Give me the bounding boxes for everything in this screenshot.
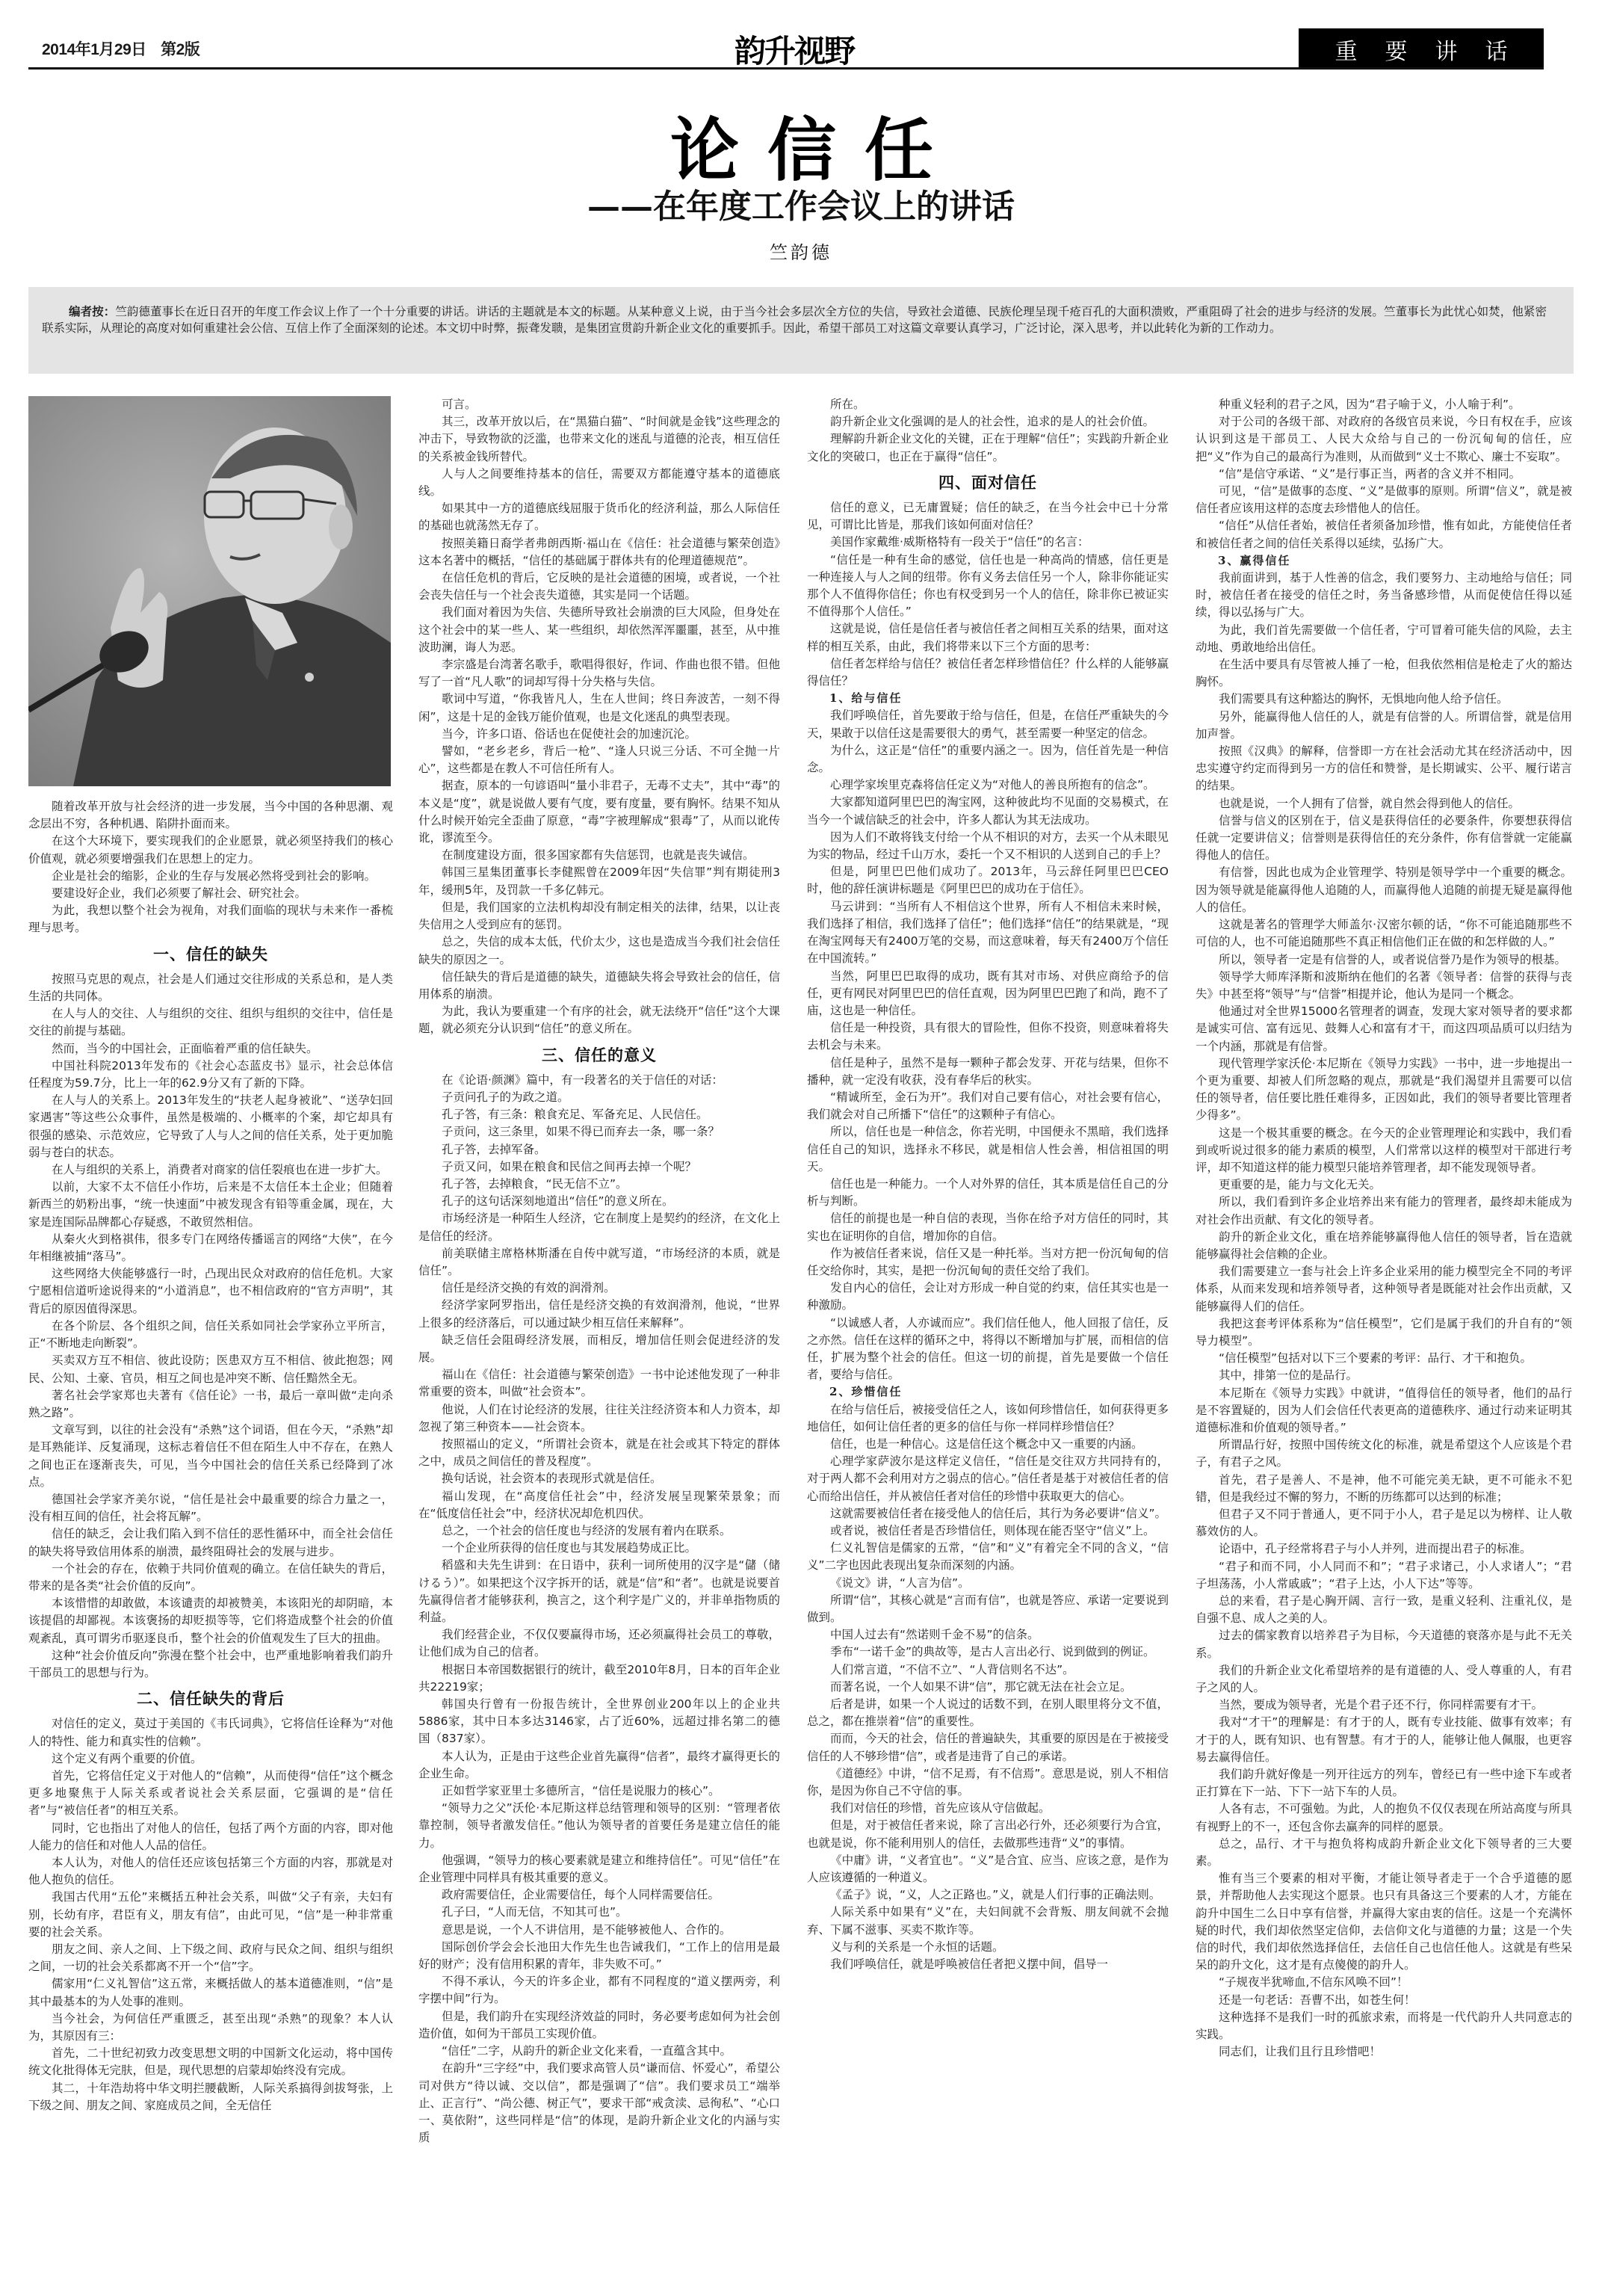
paragraph: 我们呼唤信任，就是呼唤被信任者把义摆中间，倡导一 — [807, 1956, 1169, 1973]
paragraph: 季布“一诺千金”的典故等，是古人言出必行、说到做到的例证。 — [807, 1644, 1169, 1661]
paragraph: 本该惜惜的却敢做，本该谴责的却被赞美，本该阳光的却阴暗，本该提倡的却鄙视。本该褒… — [28, 1595, 393, 1647]
paragraph: 孔子的这句话深刻地道出“信任”的意义所在。 — [418, 1193, 780, 1210]
paragraph: 还是一句老话：吾曹不出，如苍生何！ — [1196, 1992, 1572, 2009]
paragraph: 为此，我们首先需要做一个信任者，宁可冒着可能失信的风险，去主动地、勇敢地给出信任… — [1196, 622, 1572, 656]
paragraph: 或者说，被信任者是否珍惜信任，则体现在能否坚守“信义”上。 — [807, 1522, 1169, 1540]
subsection-heading: 3、赢得信任 — [1196, 552, 1572, 570]
section-tag-char: 讲 — [1435, 33, 1458, 66]
paragraph: 不得不承认，今天的许多企业，都有不同程度的“道义摆两旁，利字摆中间”行为。 — [418, 1973, 780, 2008]
paragraph: 李宗盛是台湾著名歌手，歌唱得很好，作词、作曲也很不错。但他写了一首“凡人歌”的词… — [418, 656, 780, 691]
paragraph: 我把这套考评体系称为“信任模型”，它们是属于我们的升自有的“领导力模型”。 — [1196, 1315, 1572, 1350]
paragraph: 人际关系中如果有“义”在，夫妇间就不会背叛、朋友间就不会抛弃、下属不滋事、买卖不… — [807, 1904, 1169, 1938]
paragraph: 心理学家埃里克森将信任定义为“对他人的善良所抱有的信念”。 — [807, 777, 1169, 794]
paragraph: 前美联储主席格林斯潘在自传中就写道，“市场经济的本质，就是信任”。 — [418, 1245, 780, 1280]
paragraph: 信任是种子，虽然不是每一颗种子都会发芽、开花与结果，但你不播种，就一定没有收获，… — [807, 1055, 1169, 1089]
paragraph: 本人认为，正是由于这些企业首先赢得“信者”，最终才赢得更长的企业生命。 — [418, 1748, 780, 1783]
paragraph: 种重义轻利的君子之风，因为“君子喻于义，小人喻于利”。 — [1196, 396, 1572, 413]
paragraph: 所在。 — [807, 396, 1169, 413]
paragraph: 但君子又不同于普通人，更不同于小人，君子是足以为榜样、让人敬慕效仿的人。 — [1196, 1506, 1572, 1540]
paragraph: 据查，原本的一句谚语叫“量小非君子，无毒不丈夫”，其中“毒”的本义是“度”，就是… — [418, 777, 780, 847]
paragraph: 根据日本帝国数据银行的统计，截至2010年8月，日本的百年企业共22219家； — [418, 1661, 780, 1696]
article-column-2: 可言。其三，改革开放以后，在“黑猫白猫”、“时间就是金钱”这些理念的冲击下，导致… — [418, 396, 780, 2286]
paragraph: 在生活中要具有尽管被人捶了一枪，但我依然相信是枪走了火的豁达胸怀。 — [1196, 656, 1572, 691]
paragraph: 在信任危机的背后，它反映的是社会道德的困境，或者说，一个社会丧失信任与一个社会丧… — [418, 570, 780, 604]
paragraph: 朋友之间、亲人之间、上下级之间、政府与民众之间、组织与组织之间，一切的社会关系都… — [28, 1941, 393, 1975]
subsection-heading: 1、给与信任 — [807, 690, 1169, 707]
paragraph: 这些网络大侠能够盛行一时，凸现出民众对政府的信任危机。大家宁愿相信道听途说得来的… — [28, 1265, 393, 1318]
article-column-3: 所在。韵升新企业文化强调的是人的社会性，追求的是人的社会价值。理解韵升新企业文化… — [807, 396, 1169, 2286]
paragraph: 然而，当今的中国社会，正面临着严重的信任缺失。 — [28, 1040, 393, 1058]
paragraph: 经济学家阿罗指出，信任是经济交换的有效润滑剂，他说，“世界上很多的经济落后，可以… — [418, 1297, 780, 1331]
paragraph: 当然，要成为领导者，光是个君子还不行，你同样需要有才干。 — [1196, 1697, 1572, 1714]
paragraph: 子贡问，这三条里，如果不得已而弃去一条，哪一条？ — [418, 1123, 780, 1141]
section-tag-char: 要 — [1385, 33, 1408, 66]
paragraph: 可言。 — [418, 396, 780, 413]
newspaper-name: 韵升视野 — [734, 27, 854, 72]
paragraph: 后者是讲，如果一个人说过的话数不到，在别人眼里将分文不值，总之，都在推崇着“信”… — [807, 1696, 1169, 1730]
paragraph: 福山发现，在“高度信任社会”中，经济发展呈现繁荣景象；而在“低度信任社会”中，经… — [418, 1488, 780, 1522]
paragraph: 领导学大师库泽斯和波斯纳在他们的名著《领导者：信誉的获得与丧失》中甚至将“领导”… — [1196, 969, 1572, 1003]
paragraph: 而而，今天的社会，信任的普遍缺失，其重要的原因是在于被接受信任的人不够珍惜“信”… — [807, 1730, 1169, 1765]
paragraph: 更重要的是，能力与文化无关。 — [1196, 1176, 1572, 1194]
paragraph: 我们需要具有这种豁达的胸怀，无惧地向他人给予信任。 — [1196, 691, 1572, 708]
paragraph: “君子和而不同，小人同而不和”；“君子求诸己，小人求诸人”；“君子坦荡荡，小人常… — [1196, 1558, 1572, 1593]
paragraph: 孔子答，有三条：粮食充足、军备充足、人民信任。 — [418, 1106, 780, 1123]
paragraph: 美国作家戴维·威斯格特有一段关于“信任”的名言： — [807, 534, 1169, 551]
paragraph: 当今社会，为何信任严重匮乏，甚至出现“杀熟”的现象？本人认为，其原因有三： — [28, 2010, 393, 2045]
paragraph: 韵升新企业文化强调的是人的社会性，追求的是人的社会价值。 — [807, 413, 1169, 430]
paragraph: 买卖双方互不相信、彼此设防；医患双方互不相信、彼此抱怨；网民、公知、土豪、官员，… — [28, 1352, 393, 1386]
paragraph: 所谓品行好，按照中国传统文化的标准，就是希望这个人应该是个君子，有君子之风。 — [1196, 1436, 1572, 1471]
paragraph: 仁义礼智信是儒家的五常，“信”和“义”有着完全不同的含义，“信义”二字也因此表现… — [807, 1540, 1169, 1574]
paragraph: 论语中，孔子经常将君子与小人并列，进而提出君子的标准。 — [1196, 1540, 1572, 1558]
paragraph: 信誉与信义的区别在于，信义是获得信任的必要条件，你要想获得信任就一定要讲信义；信… — [1196, 812, 1572, 865]
article-column-1: 随着改革开放与社会经济的进一步发展，当今中国的各种思潮、观念层出不穷，各种机遇、… — [28, 798, 393, 2286]
paragraph: 义与利的关系是一个永恒的话题。 — [807, 1939, 1169, 1956]
paragraph: 所以，领导者一定是有信誉的人，或者说信誉乃是作为领导的根基。 — [1196, 951, 1572, 969]
section-heading: 四、面对信任 — [807, 475, 1169, 492]
editor-note-text: 竺韵德董事长在近日召开的年度工作会议上作了一个十分重要的讲话。讲话的主题就是本文… — [42, 305, 1547, 335]
section-heading: 二、信任缺失的背后 — [28, 1691, 393, 1708]
paragraph: 《孟子》说，“义，人之正路也。”义，就是人们行事的正确法则。 — [807, 1886, 1169, 1904]
paragraph: 福山在《信任：社会道德与繁荣创造》一书中论述他发现了一种非常重要的资本，叫做“社… — [418, 1366, 780, 1401]
paragraph: 市场经济是一种陌生人经济，它在制度上是契约的经济，在文化上是信任的经济。 — [418, 1210, 780, 1244]
speaker-photo — [28, 396, 391, 786]
paragraph: 有信誉，因此也成为企业管理学、特别是领导学中一个重要的概念。因为领导就是能赢得他… — [1196, 864, 1572, 916]
article-subtitle: ——在年度工作会议上的讲话 — [0, 179, 1602, 227]
editor-note: 编者按：竺韵德董事长在近日召开的年度工作会议上作了一个十分重要的讲话。讲话的主题… — [28, 287, 1574, 374]
paragraph: 国际创价学会会长池田大作先生也告诫我们，“工作上的信用是最好的财产；没有信用积累… — [418, 1939, 780, 1973]
paragraph: 子贡问孔子的为政之道。 — [418, 1089, 780, 1106]
paragraph: 他说，人们在讨论经济的发展，往往关注经济资本和人力资本，却忽视了第三种资本——社… — [418, 1401, 780, 1436]
paragraph: 其三，改革开放以后，在“黑猫白猫”、“时间就是金钱”这些理念的冲击下，导致物欲的… — [418, 413, 780, 466]
paragraph: 本人认为，对他人的信任还应该包括第三个方面的内容，那就是对他人抱负的信任。 — [28, 1854, 393, 1889]
paragraph: 其中，排第一位的是品行。 — [1196, 1367, 1572, 1384]
paragraph: 总之，失信的成本太低，代价太少，这也是造成当今我们社会信任缺失的原因之一。 — [418, 933, 780, 968]
paragraph: “信”是信守承诺、“义”是行事正当，两者的含义并不相同。 — [1196, 466, 1572, 483]
paragraph: 意思是说，一个人不讲信用，是不能够被他人、合作的。 — [418, 1922, 780, 1939]
paragraph: 我们对信任的珍惜，首先应该从守信做起。 — [807, 1800, 1169, 1817]
paragraph: 孔子曰，“人而无信，不知其可也”。 — [418, 1904, 780, 1921]
paragraph: 其二，十年浩劫将中华文明拦腰截断，人际关系搞得剑拔弩张，上下级之间、朋友之间、家… — [28, 2080, 393, 2114]
paragraph: 大家都知道阿里巴巴的淘宝网，这种彼此均不见面的交易模式，在当今一个诚信缺乏的社会… — [807, 794, 1169, 828]
paragraph: 总之，品行、才干与抱负将构成韵升新企业文化下领导者的三大要素。 — [1196, 1836, 1572, 1870]
paragraph: “以诚感人者，人亦诚而应”。我们信任他人，他人回报了信任，反之亦然。信任在这样的… — [807, 1315, 1169, 1384]
paragraph: “信任模型”包括对以下三个要素的考评：品行、才干和抱负。 — [1196, 1350, 1572, 1367]
paragraph: 当然，阿里巴巴取得的成功，既有其对市场、对供应商给予的信任，更有网民对阿里巴巴的… — [807, 968, 1169, 1020]
paragraph: “领导力之父”沃伦·本尼斯这样总结管理和领导的区别：“管理者依靠控制，领导者激发… — [418, 1800, 780, 1852]
paragraph: 所以，信任也是一种信念，你若光明，中国便永不黑暗，我们选择信任自己的知识，选择永… — [807, 1123, 1169, 1176]
paragraph: 人与人之间要维持基本的信任，需要双方都能遵守基本的道德底线。 — [418, 466, 780, 500]
paragraph: 在《论语·颜渊》篇中，有一段著名的关于信任的对话： — [418, 1072, 780, 1089]
paragraph: 现代管理学家沃伦·本尼斯在《领导力实践》一书中，进一步地提出一个更为重要、却被人… — [1196, 1055, 1572, 1125]
paragraph: 要建设好企业，我们必须要了解社会、研究社会。 — [28, 885, 393, 902]
paragraph: 一个企业所获得的信任度也与其发展趋势成正比。 — [418, 1540, 780, 1557]
paragraph: 在这个大环境下，要实现我们的企业愿景，就必须坚持我们的核心价值观，就必须要增强我… — [28, 833, 393, 867]
paragraph: 但是，对于被信任者来说，除了言出必行外，还必须要行为合宜，也就是说，你不能利用别… — [807, 1817, 1169, 1851]
paragraph: 文章写到，以往的社会没有“杀熟”这个词语，但在今天，“杀熟”却是耳熟能详、反复涌… — [28, 1422, 393, 1491]
paragraph: 稻盛和夫先生讲到：在日语中，获利一词所使用的汉字是“儲（储けるう）”。如果把这个… — [418, 1557, 780, 1626]
paragraph: 同时，它也指出了对他人的信任，包括了两个方面的内容，即对他人能力的信任和对他人人… — [28, 1820, 393, 1854]
paragraph: 首先，君子是善人、不是神，他不可能完美无缺，更不可能永不犯错，但是我经过不懈的努… — [1196, 1472, 1572, 1506]
paragraph: 为什么，这正是“信任”的重要内涵之一。因为，信任首先是一种信念。 — [807, 742, 1169, 777]
paragraph: 因为人们不敢将钱支付给一个从不相识的对方，去买一个从未眼见为实的物品，经过千山万… — [807, 829, 1169, 863]
paragraph: 可见，“信”是做事的态度、“义”是做事的原则。所谓“信义”，就是被信任者应该用这… — [1196, 483, 1572, 517]
paragraph: 所以，我们看到许多企业培养出来有能力的管理者，最终却未能成为对社会作出贡献、有文… — [1196, 1194, 1572, 1228]
paragraph: 我前面讲到，基于人性善的信念，我们要努力、主动地给与信任；同时，被信任者在接受的… — [1196, 570, 1572, 622]
paragraph: 信任的缺乏，会让我们陷入到不信任的恶性循环中，而全社会信任的缺失将导致信用体系的… — [28, 1525, 393, 1560]
paragraph: 本尼斯在《领导力实践》中就讲，“值得信任的领导者，他们的品行是不容置疑的，因为人… — [1196, 1385, 1572, 1437]
masthead: 2014年1月29日 第2版 韵升视野 重 要 讲 话 — [28, 0, 1574, 70]
paragraph: 首先，它将信任定义于对他人的“信赖”，从而使得“信任”这个概念更多地聚焦于人际关… — [28, 1768, 393, 1820]
paragraph: 惟有当三个要素的相对平衡，才能让领导者走于一个合乎道德的愿景，并帮助他人去实现这… — [1196, 1870, 1572, 1974]
paragraph: 孔子答，去掉军备。 — [418, 1141, 780, 1158]
paragraph: 但是，我们国家的立法机构却没有制定相关的法律，结果，以让丧失信用之人受到应有的惩… — [418, 899, 780, 933]
paragraph: 也就是说，一个人拥有了信誉，就自然会得到他人的信任。 — [1196, 795, 1572, 812]
paragraph: 著名社会学家郑也夫著有《信任论》一书，最后一章叫做“走向杀熟之路”。 — [28, 1387, 393, 1422]
paragraph: 所谓“信”，其核心就是“言而有信”，也就是答应、承诺一定要说到做到。 — [807, 1592, 1169, 1626]
paragraph: 按照美籍日裔学者弗朗西斯·福山在《信任：社会道德与繁荣创造》这本名著中的概括，“… — [418, 535, 780, 570]
paragraph: 信任缺失的背后是道德的缺失，道德缺失将会导致社会的信任，信用体系的崩溃。 — [418, 969, 780, 1003]
paragraph: 这是一个极其重要的概念。在今天的企业管理理论和实践中，我们看到或听说过很多的能力… — [1196, 1125, 1572, 1177]
paragraph: 这就是说，信任是信任者与被信任者之间相互关系的结果，面对这样的相互关系，由此，我… — [807, 620, 1169, 655]
paragraph: 对信任的定义，莫过于美国的《韦氏词典》，它将信任诠释为“对他人的特性、能力和真实… — [28, 1715, 393, 1750]
paragraph: 我们的升新企业文化希望培养的是有道德的人、受人尊重的人，有君子之风的人。 — [1196, 1662, 1572, 1697]
article-author: 竺韵德 — [0, 238, 1602, 264]
page-number: 第2版 — [161, 41, 200, 58]
paragraph: 同志们，让我们且行且珍惜吧！ — [1196, 2043, 1572, 2061]
editor-note-label: 编者按： — [69, 304, 115, 318]
paragraph: 总的来看，君子是心胸开阔、言行一致，是重义轻利、注重礼仪，是自强不息、成人之美的… — [1196, 1593, 1572, 1627]
paragraph: 德国社会学家齐美尔说，“信任是社会中最重要的综合力量之一，没有相互间的信任，社会… — [28, 1491, 393, 1525]
paragraph: 信任，也是一种信心。这是信任这个概念中又一重要的内涵。 — [807, 1436, 1169, 1453]
paragraph: 马云讲到：“当所有人不相信这个世界，所有人不相信未来时候，我们选择了相信，我们选… — [807, 898, 1169, 968]
paragraph: 心理学家萨波尔是这样定义信任，“信任是交往双方共同持有的，对于两人都不会利用对方… — [807, 1453, 1169, 1505]
paragraph: 按照福山的定义，“所谓社会资本，就是在社会或其下特定的群体之中，成员之间信任的普… — [418, 1436, 780, 1470]
paragraph: 按照马克思的观点，社会是人们通过交往形成的关系总和，是人类生活的共同体。 — [28, 971, 393, 1005]
paragraph: 信任的前提也是一种自信的表现，当你在给予对方信任的同时，其实也在证明你的自信，增… — [807, 1210, 1169, 1244]
paragraph: 在各个阶层、各个组织之间，信任关系如同社会学家孙立平所言，正“不断地走向断裂”。 — [28, 1318, 393, 1352]
paragraph: 如果其中一方的道德底线屈服于货币化的经济利益，那么人际信任的基础也就荡然无存了。 — [418, 500, 780, 534]
paragraph: 在人与人的交往、人与组织的交往、组织与组织的交往中，信任是交往的前提与基础。 — [28, 1005, 393, 1040]
paragraph: 我对“才干”的理解是：有才于的人，既有专业技能、做事有效率；有才于的人，既有知识… — [1196, 1714, 1572, 1766]
paragraph: 我们面对着因为失信、失德所导致社会崩溃的巨大风险，但身处在这个社会中的某一些人、… — [418, 604, 780, 656]
paragraph: 按照《汉典》的解释，信誉即一方在社会活动尤其在经济活动中，因忠实遵守约定而得到另… — [1196, 743, 1572, 795]
paragraph: 信任的意义，已无庸置疑；信任的缺乏，在当今社会中已十分常见，可谓比比皆是，那我们… — [807, 499, 1169, 534]
paragraph: 为此，我想以整个社会为视角，对我们面临的现状与未来作一番梳理与思考。 — [28, 902, 393, 936]
paragraph: 一个社会的存在，依赖于共同价值观的确立。在信任缺失的背后，带来的是各类“社会价值… — [28, 1561, 393, 1595]
section-tag-char: 重 — [1335, 33, 1358, 66]
paragraph: 这就是著名的管理学大师盖尔·汉密尔顿的话，“你不可能追随那些不可信的人，也不可能… — [1196, 916, 1572, 951]
paragraph: 过去的儒家教育以培养君子为目标，今天道德的衰落亦是与此不无关系。 — [1196, 1627, 1572, 1661]
paragraph: 韩国三星集团董事长李健熙曾在2009年因“失信罪”判有期徒刑3年，缓刑5年，及罚… — [418, 864, 780, 898]
paragraph: 《道德经》中讲，“信不足焉，有不信焉”。意思是说，别人不相信你，是因为你自己不守… — [807, 1765, 1169, 1800]
paragraph: “信任”二字，从韵升的新企业文化来看，一直蕴含其中。 — [418, 2043, 780, 2060]
section-tag-char: 话 — [1485, 33, 1508, 66]
paragraph: 这种“社会价值反向”弥漫在整个社会中，也严重地影响着我们韵升干部员工的思想与行为… — [28, 1647, 393, 1682]
paragraph: 韵升的新企业文化，重在培养能够赢得他人信任的领导者，旨在造就能够赢得社会信赖的企… — [1196, 1229, 1572, 1263]
paragraph: 我们韵升就好像是一列开往远方的列车，曾经已有一些中途下车或者正打算在下一站、下下… — [1196, 1766, 1572, 1800]
speaker-portrait-illustration — [28, 396, 391, 786]
paragraph: 理解韵升新企业文化的关键，正在于理解“信任”；实践韵升新企业文化的突破口，也正在… — [807, 430, 1169, 465]
paragraph: 缺乏信任会阻碍经济发展，而相反，增加信任则会促进经济的发展。 — [418, 1332, 780, 1366]
masthead-rule — [28, 67, 1544, 70]
paragraph: 譬如，“老乡老乡，背后一枪”、“逢人只说三分话、不可全抛一片心”，这些都是在教人… — [418, 743, 780, 777]
issue-date: 2014年1月29日 — [42, 41, 146, 58]
paragraph: 信任是经济交换的有效的润滑剂。 — [418, 1280, 780, 1297]
section-heading: 三、信任的意义 — [418, 1047, 780, 1064]
paragraph: 中国人过去有“然诺则千金不易”的信条。 — [807, 1626, 1169, 1644]
paragraph: 韩国央行曾有一份报告统计，全世界创业200年以上的企业共5886家，其中日本多达… — [418, 1696, 780, 1748]
paragraph: “子规夜半犹啼血,不信东风唤不回”！ — [1196, 1974, 1572, 1991]
paragraph: 政府需要信任，企业需要信任，每个人同样需要信任。 — [418, 1886, 780, 1904]
paragraph: 中国社科院2013年发布的《社会心态蓝皮书》显示，社会总体信任程度为59.7分，… — [28, 1058, 393, 1092]
paragraph: 在韵升“三字经”中，我们要求高管人员“谦而信、怀爱心”，希望公司对供方“待以诚、… — [418, 2060, 780, 2147]
section-tag: 重 要 讲 话 — [1299, 28, 1544, 70]
paragraph: 但是，阿里巴巴他们成功了。2013年，马云辞任阿里巴巴CEO时，他的辞任演讲标题… — [807, 863, 1169, 898]
paragraph: 信任者怎样给与信任？被信任者怎样珍惜信任？什么样的人能够赢得信任？ — [807, 655, 1169, 690]
paragraph: “信任是一种有生命的感觉，信任也是一种高尚的情感，信任更是一种连接人与人之间的纽… — [807, 552, 1169, 621]
paragraph: 对于公司的各级干部、对政府的各级官员来说，今日有权在手，应该认识到这是干部员工、… — [1196, 413, 1572, 466]
paragraph: 以前，大家不太不信任小作坊，后来是不太信任本土企业；但随着新西兰的奶粉出事，“统… — [28, 1179, 393, 1231]
paragraph: 为此，我认为要重建一个有序的社会，就无法绕开“信任”这个大课题，就必须充分认识到… — [418, 1003, 780, 1037]
paragraph: 从秦火火到格祺伟，很多专门在网络传播谣言的网络“大侠”，在今年相继被捕“落马”。 — [28, 1231, 393, 1265]
paragraph: 《说文》讲，“人言为信”。 — [807, 1575, 1169, 1592]
paragraph: 他通过对全世界15000名管理者的调查，发现大家对领导者的要求都是诚实可信、富有… — [1196, 1003, 1572, 1055]
paragraph: 在制度建设方面，很多国家都有失信惩罚，也就是丧失诚信。 — [418, 847, 780, 864]
paragraph: 信任也是一种能力。一个人对外界的信任，其本质是信任自己的分析与判断。 — [807, 1176, 1169, 1210]
paragraph: 他强调，“领导力的核心要素就是建立和维持信任”。可见“信任”在企业管理中同样具有… — [418, 1852, 780, 1886]
paragraph: 企业是社会的缩影，企业的生存与发展必然将受到社会的影响。 — [28, 868, 393, 885]
paragraph: 这种选择不是我们一时的孤旅求索，而将是一代代韵升人共同意志的实践。 — [1196, 2009, 1572, 2043]
paragraph: 正如哲学家亚里士多德所言，“信任是说服力的核心”。 — [418, 1783, 780, 1800]
paragraph: 随着改革开放与社会经济的进一步发展，当今中国的各种思潮、观念层出不穷，各种机遇、… — [28, 798, 393, 833]
paragraph: 发自内心的信任，会让对方形成一种自觉的约束，信任其实也是一种激励。 — [807, 1280, 1169, 1314]
dateline: 2014年1月29日 第2版 — [42, 37, 200, 60]
paragraph: 在人与人的关系上。2013年发生的“扶老人起身被讹”、“送孕妇回家遇害”等这些公… — [28, 1092, 393, 1161]
paragraph: 在人与组织的关系上，消费者对商家的信任裂痕也在进一步扩大。 — [28, 1161, 393, 1179]
paragraph: 首先，二十世纪初致力改变思想文明的中国新文化运动，将中国传统文化批得体无完肤，但… — [28, 2045, 393, 2079]
paragraph: 另外，能赢得他人信任的人，就是有信誉的人。所谓信誉，就是信用加声誉。 — [1196, 709, 1572, 743]
paragraph: 儒家用“仁义礼智信”这五常，来概括做人的基本道德准则，“信”是其中最基本的为人处… — [28, 1975, 393, 2010]
paragraph: 我国古代用“五伦”来概括五种社会关系，叫做“父子有亲，夫妇有别，长幼有序，君臣有… — [28, 1889, 393, 1941]
paragraph: 人们常言道，“不信不立”、“人背信则名不达”。 — [807, 1661, 1169, 1679]
section-heading: 一、信任的缺失 — [28, 946, 393, 963]
paragraph: “信任”从信任者始，被信任者须备加珍惜，惟有如此，方能使信任者和被信任者之间的信… — [1196, 517, 1572, 552]
paragraph: 人各有志，不可强勉。为此，人的抱负不仅仅表现在所站高度与所具有视野上的不一，还包… — [1196, 1800, 1572, 1835]
paragraph: 《中庸》讲，“义者宜也”。“义”是合宜、应当、应该之意，是作为人应该遵循的一种道… — [807, 1852, 1169, 1886]
paragraph: 而著名说，一个人如果不讲“信”，那它就无法在社会立足。 — [807, 1679, 1169, 1696]
paragraph: 作为被信任者来说，信任又是一种托举。当对方把一份沉甸甸的信任交给你时，其实，是把… — [807, 1245, 1169, 1280]
paragraph: 但是，我们韵升在实现经济效益的同时，务必要考虑如何为社会创造价值，如何为干部员工… — [418, 2008, 780, 2043]
paragraph: 我们呼唤信任，首先要敢于给与信任，但是，在信任严重缺失的今天，果敢于以信任这是需… — [807, 707, 1169, 741]
article-column-4: 种重义轻利的君子之风，因为“君子喻于义，小人喻于利”。对于公司的各级干部、对政府… — [1196, 396, 1572, 2286]
subsection-heading: 2、珍惜信任 — [807, 1383, 1169, 1401]
paragraph: 孔子答，去掉粮食，“民无信不立”。 — [418, 1176, 780, 1193]
paragraph: 总之，一个社会的信任度也与经济的发展有着内在联系。 — [418, 1522, 780, 1540]
paragraph: “精诚所至，金石为开”。我们对自己要有信心，对社会要有信心，我们就会对自己所播下… — [807, 1089, 1169, 1123]
paragraph: 换句话说，社会资本的表现形式就是信任。 — [418, 1470, 780, 1487]
paragraph: 我们需要建立一套与社会上许多企业采用的能力模型完全不同的考评体系，从而来发现和培… — [1196, 1263, 1572, 1315]
paragraph: 这个定义有两个重要的价值。 — [28, 1750, 393, 1768]
paragraph: 我们经营企业，不仅仅要赢得市场，还必须赢得社会员工的尊敬，让他们成为自己的信者。 — [418, 1626, 780, 1661]
paragraph: 子贡又问，如果在粮食和民信之间再去掉一个呢？ — [418, 1158, 780, 1176]
paragraph: 信任是一种投资，具有很大的冒险性，但你不投资，则意味着将失去机会与未来。 — [807, 1019, 1169, 1054]
paragraph: 这就需要被信任者在接受他人的信任后，其行为务必要讲“信义”。 — [807, 1505, 1169, 1522]
paragraph: 当今，许多口语、俗话也在促使社会的加速沉沦。 — [418, 726, 780, 743]
paragraph: 歌词中写道，“你我皆凡人，生在人世间；终日奔波苦，一刻不得闲”，这是十足的金钱万… — [418, 691, 780, 725]
paragraph: 在给与信任后，被接受信任之人，该如何珍惜信任，如何获得更多地信任，如何让信任者的… — [807, 1401, 1169, 1436]
